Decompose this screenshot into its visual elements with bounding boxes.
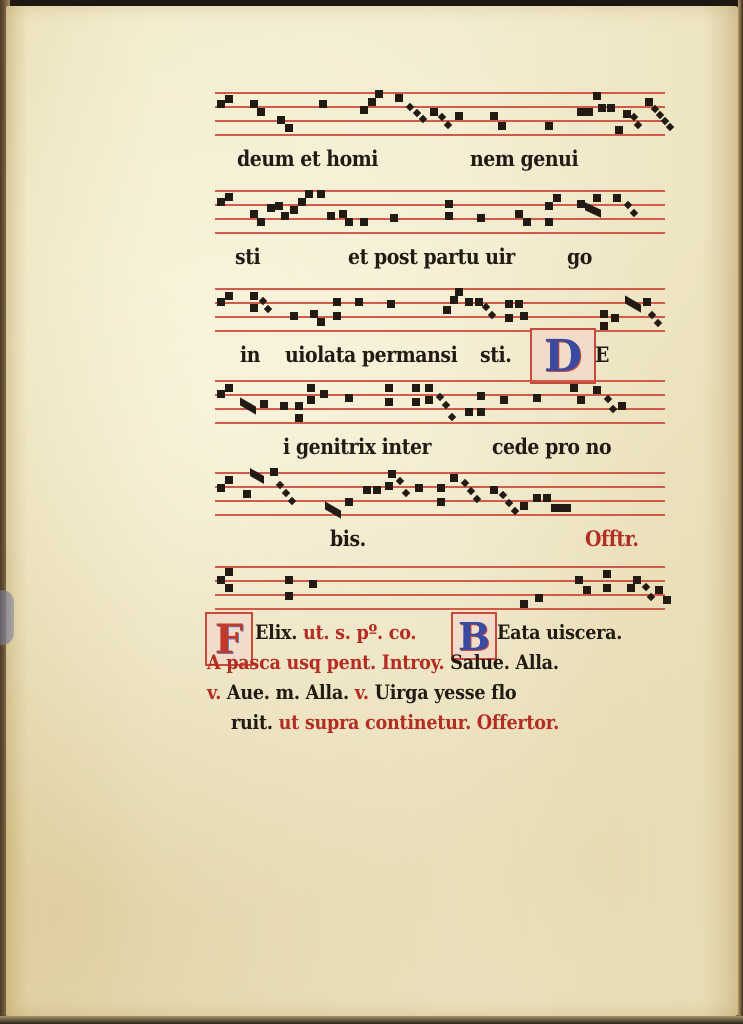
music-system-1: deum et homi nem genui (215, 92, 665, 136)
rubric-segment: ut supra continetur. Offertor. (273, 710, 559, 734)
initial-letter: D (544, 331, 582, 382)
text-line-3: v. Aue. m. Alla. v. Uirga yesse flo (207, 680, 516, 704)
lyric-syllable: in (240, 342, 260, 367)
lyric-syllable: go (567, 244, 592, 269)
lyric-syllable: sti. (480, 342, 511, 367)
text-line-4: ruit. ut supra continetur. Offertor. (231, 710, 559, 734)
page-bottom-edge (0, 1016, 743, 1024)
staff (215, 566, 665, 610)
rubric-segment: v. (349, 680, 369, 704)
staff (215, 288, 665, 332)
staff (215, 380, 665, 424)
lyric-syllable: deum et homi (237, 146, 378, 171)
staff (215, 92, 665, 136)
text-line-1: Elix. ut. s. pº. co. (255, 620, 416, 644)
lyric-syllable: bis. (330, 526, 366, 551)
illuminated-initial-d: D (530, 328, 596, 384)
page-tab-marker (0, 590, 14, 645)
text-line-2: A pasca usq pent. Introy. Salue. Alla. (207, 650, 559, 674)
lyric-syllable: E (595, 342, 609, 367)
music-system-4: i genitrix inter cede pro no (215, 380, 665, 424)
music-system-3: in uiolata permansi sti. D E (215, 288, 665, 332)
lyric-syllable: et post partu uir (348, 244, 515, 269)
rubric-offertory: Offtr. (585, 526, 639, 551)
lyric-syllable: sti (235, 244, 260, 269)
text-segment: Uirga yesse flo (369, 680, 517, 704)
text-line-1b: Eata uiscera. (497, 620, 622, 644)
text-segment: Salue. Alla. (444, 650, 558, 674)
staff (215, 472, 665, 516)
music-system-5: bis. Offtr. (215, 472, 665, 516)
text-segment: Elix. (255, 620, 297, 644)
rubric-segment: v. (207, 680, 221, 704)
rubric-text-block: F Elix. ut. s. pº. co. B Eata uiscera. A… (205, 612, 675, 742)
lyric-syllable: nem genui (470, 146, 578, 171)
page-right-edge (738, 0, 743, 1024)
lyric-syllable: uiolata permansi (285, 342, 457, 367)
rubric-segment: A pasca usq pent. Introy. (207, 650, 444, 674)
text-segment: Aue. m. Alla. (221, 680, 349, 704)
lyric-syllable: i genitrix inter (283, 434, 431, 459)
text-segment: ruit. (231, 710, 273, 734)
music-system-6 (215, 566, 665, 610)
music-system-2: sti et post partu uir go (215, 190, 665, 234)
lyric-syllable: cede pro no (492, 434, 611, 459)
text-segment: Eata uiscera. (497, 620, 622, 644)
rubric-segment: ut. s. pº. co. (297, 620, 416, 644)
staff (215, 190, 665, 234)
